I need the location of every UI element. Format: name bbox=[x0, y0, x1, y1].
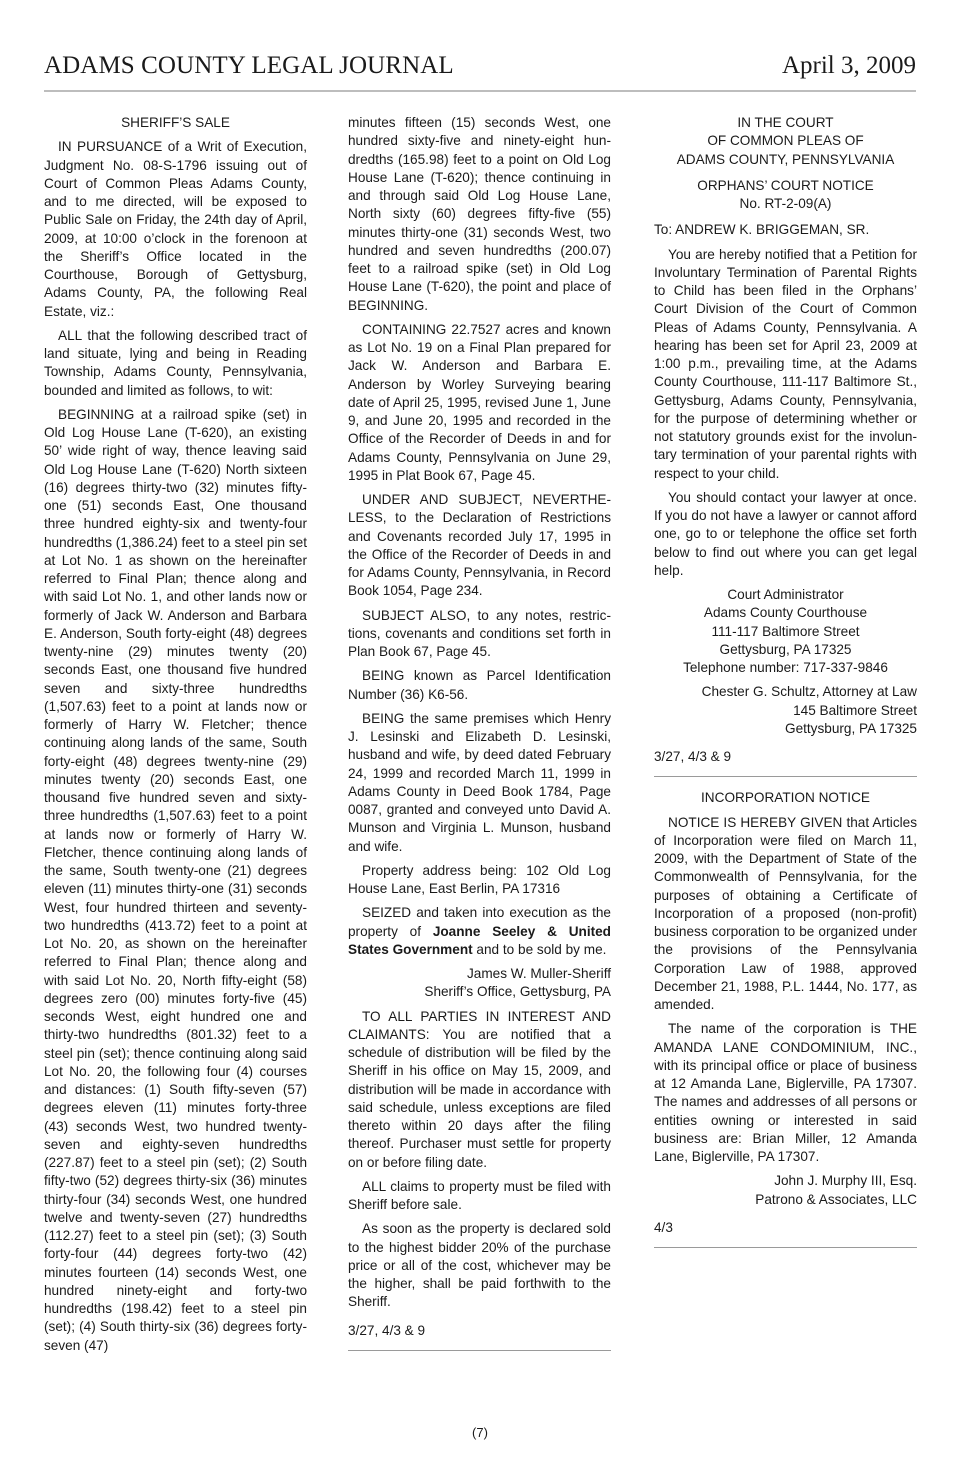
sheriffs-sale-paragraph-subject-also: SUBJECT ALSO, to any notes, restric­tion… bbox=[348, 607, 611, 662]
incorporation-signature-firm: Patrono & Associates, LLC bbox=[654, 1191, 917, 1209]
orphans-notice-addressee: To: ANDREW K. BRIGGEMAN, SR. bbox=[654, 221, 917, 239]
court-heading-line3: ADAMS COUNTY, PENNSYLVANIA bbox=[654, 151, 917, 169]
journal-header: ADAMS COUNTY LEGAL JOURNAL April 3, 2009 bbox=[44, 52, 916, 92]
sheriffs-sale-paragraph-premises: BEING the same premises which Henry J. L… bbox=[348, 710, 611, 856]
sheriffs-sale-paragraph-parties: TO ALL PARTIES IN INTEREST AND CLAIMANTS… bbox=[348, 1008, 611, 1172]
sheriffs-sale-paragraph-tract: ALL that the following described tract o… bbox=[44, 327, 307, 400]
sheriffs-sale-paragraph-parcel-id: BEING known as Parcel Identification Num… bbox=[348, 667, 611, 704]
incorporation-notice-heading: INCORPORATION NOTICE bbox=[654, 789, 917, 807]
admin-address-line: Court Administrator bbox=[654, 586, 917, 604]
seized-text-post: and to be sold by me. bbox=[473, 942, 607, 957]
sheriffs-sale-paragraph-under-subject: UNDER AND SUBJECT, NEVERTHE­LESS, to the… bbox=[348, 491, 611, 601]
journal-title: ADAMS COUNTY LEGAL JOURNAL bbox=[44, 52, 454, 80]
sheriffs-sale-paragraph-beginning: BEGINNING at a railroad spike (set) in O… bbox=[44, 406, 307, 1355]
court-heading-line1: IN THE COURT bbox=[654, 114, 917, 132]
orphans-notice-number: No. RT-2-09(A) bbox=[654, 195, 917, 213]
admin-address-line: Adams County Courthouse bbox=[654, 604, 917, 622]
sheriffs-sale-heading: SHERIFF’S SALE bbox=[44, 114, 307, 132]
attorney-line: Gettysburg, PA 17325 bbox=[654, 720, 917, 738]
sheriffs-sale-paragraph-claims: ALL claims to property must be filed wit… bbox=[348, 1178, 611, 1215]
sheriffs-sale-run-dates: 3/27, 4/3 & 9 bbox=[348, 1322, 611, 1340]
admin-telephone: Telephone number: 717-337-9846 bbox=[654, 659, 917, 677]
column-middle: minutes fifteen (15) seconds West, one h… bbox=[348, 114, 611, 1363]
attorney-line: 145 Baltimore Street bbox=[654, 702, 917, 720]
admin-address-line: 111-117 Baltimore Street bbox=[654, 623, 917, 641]
sheriffs-sale-paragraph-beginning-cont: minutes fifteen (15) seconds West, one h… bbox=[348, 114, 611, 315]
orphans-notice-paragraph-petition: You are hereby notified that a Petition … bbox=[654, 246, 917, 483]
notice-divider bbox=[654, 1247, 917, 1248]
notice-divider bbox=[348, 1350, 611, 1351]
incorporation-notice-paragraph-given: NOTICE IS HEREBY GIVEN that Articles of … bbox=[654, 814, 917, 1015]
header-divider bbox=[44, 90, 916, 92]
orphans-notice-paragraph-lawyer: You should contact your lawyer at once. … bbox=[654, 489, 917, 580]
sheriffs-sale-property-address: Property address being: 102 Old Log Hous… bbox=[348, 862, 611, 899]
incorporation-notice-run-dates: 4/3 bbox=[654, 1219, 917, 1237]
sheriffs-sale-paragraph-containing: CONTAINING 22.7527 acres and known as Lo… bbox=[348, 321, 611, 485]
incorporation-notice-paragraph-name: The name of the corporation is THE AMAND… bbox=[654, 1020, 917, 1166]
sheriff-signature-office: Sheriff’s Office, Gettysburg, PA bbox=[348, 983, 611, 1001]
sheriffs-sale-paragraph-payment: As soon as the property is declared sold… bbox=[348, 1220, 611, 1311]
page-number: (7) bbox=[0, 1425, 960, 1440]
incorporation-signature-name: John J. Murphy III, Esq. bbox=[654, 1172, 917, 1190]
admin-address-line: Gettysburg, PA 17325 bbox=[654, 641, 917, 659]
sheriff-signature-name: James W. Muller-Sheriff bbox=[348, 965, 611, 983]
sheriffs-sale-paragraph-seized: SEIZED and taken into execution as the p… bbox=[348, 904, 611, 959]
column-left: SHERIFF’S SALE IN PURSUANCE of a Writ of… bbox=[44, 114, 307, 1361]
sheriffs-sale-paragraph-pursuance: IN PURSUANCE of a Writ of Execu­tion, Ju… bbox=[44, 138, 307, 321]
court-heading-line2: OF COMMON PLEAS OF bbox=[654, 132, 917, 150]
notice-divider bbox=[654, 776, 917, 777]
orphans-notice-title: ORPHANS’ COURT NOTICE bbox=[654, 177, 917, 195]
issue-date: April 3, 2009 bbox=[782, 52, 916, 80]
column-right: IN THE COURT OF COMMON PLEAS OF ADAMS CO… bbox=[654, 114, 917, 1260]
orphans-notice-run-dates: 3/27, 4/3 & 9 bbox=[654, 748, 917, 766]
attorney-line: Chester G. Schultz, Attorney at Law bbox=[654, 683, 917, 701]
